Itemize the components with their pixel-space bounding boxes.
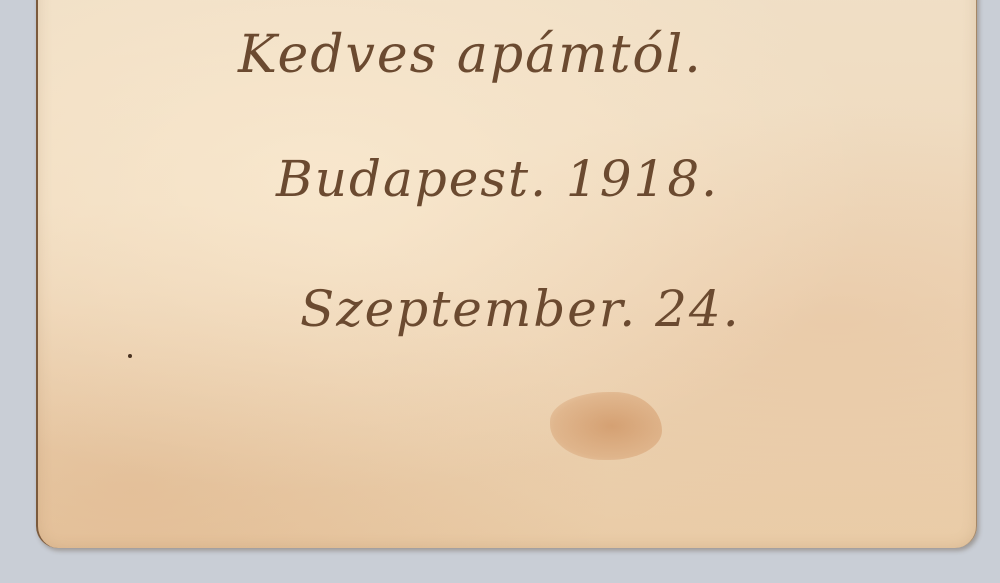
inscription-line-2: Budapest. 1918. xyxy=(276,150,719,208)
inscription-line-1: Kedves apámtól. xyxy=(238,25,703,85)
antique-card: Kedves apámtól. Budapest. 1918. Szeptemb… xyxy=(36,0,977,548)
stain-mark xyxy=(550,392,662,460)
ink-speck xyxy=(128,354,132,358)
inscription-line-3: Szeptember. 24. xyxy=(300,280,741,338)
